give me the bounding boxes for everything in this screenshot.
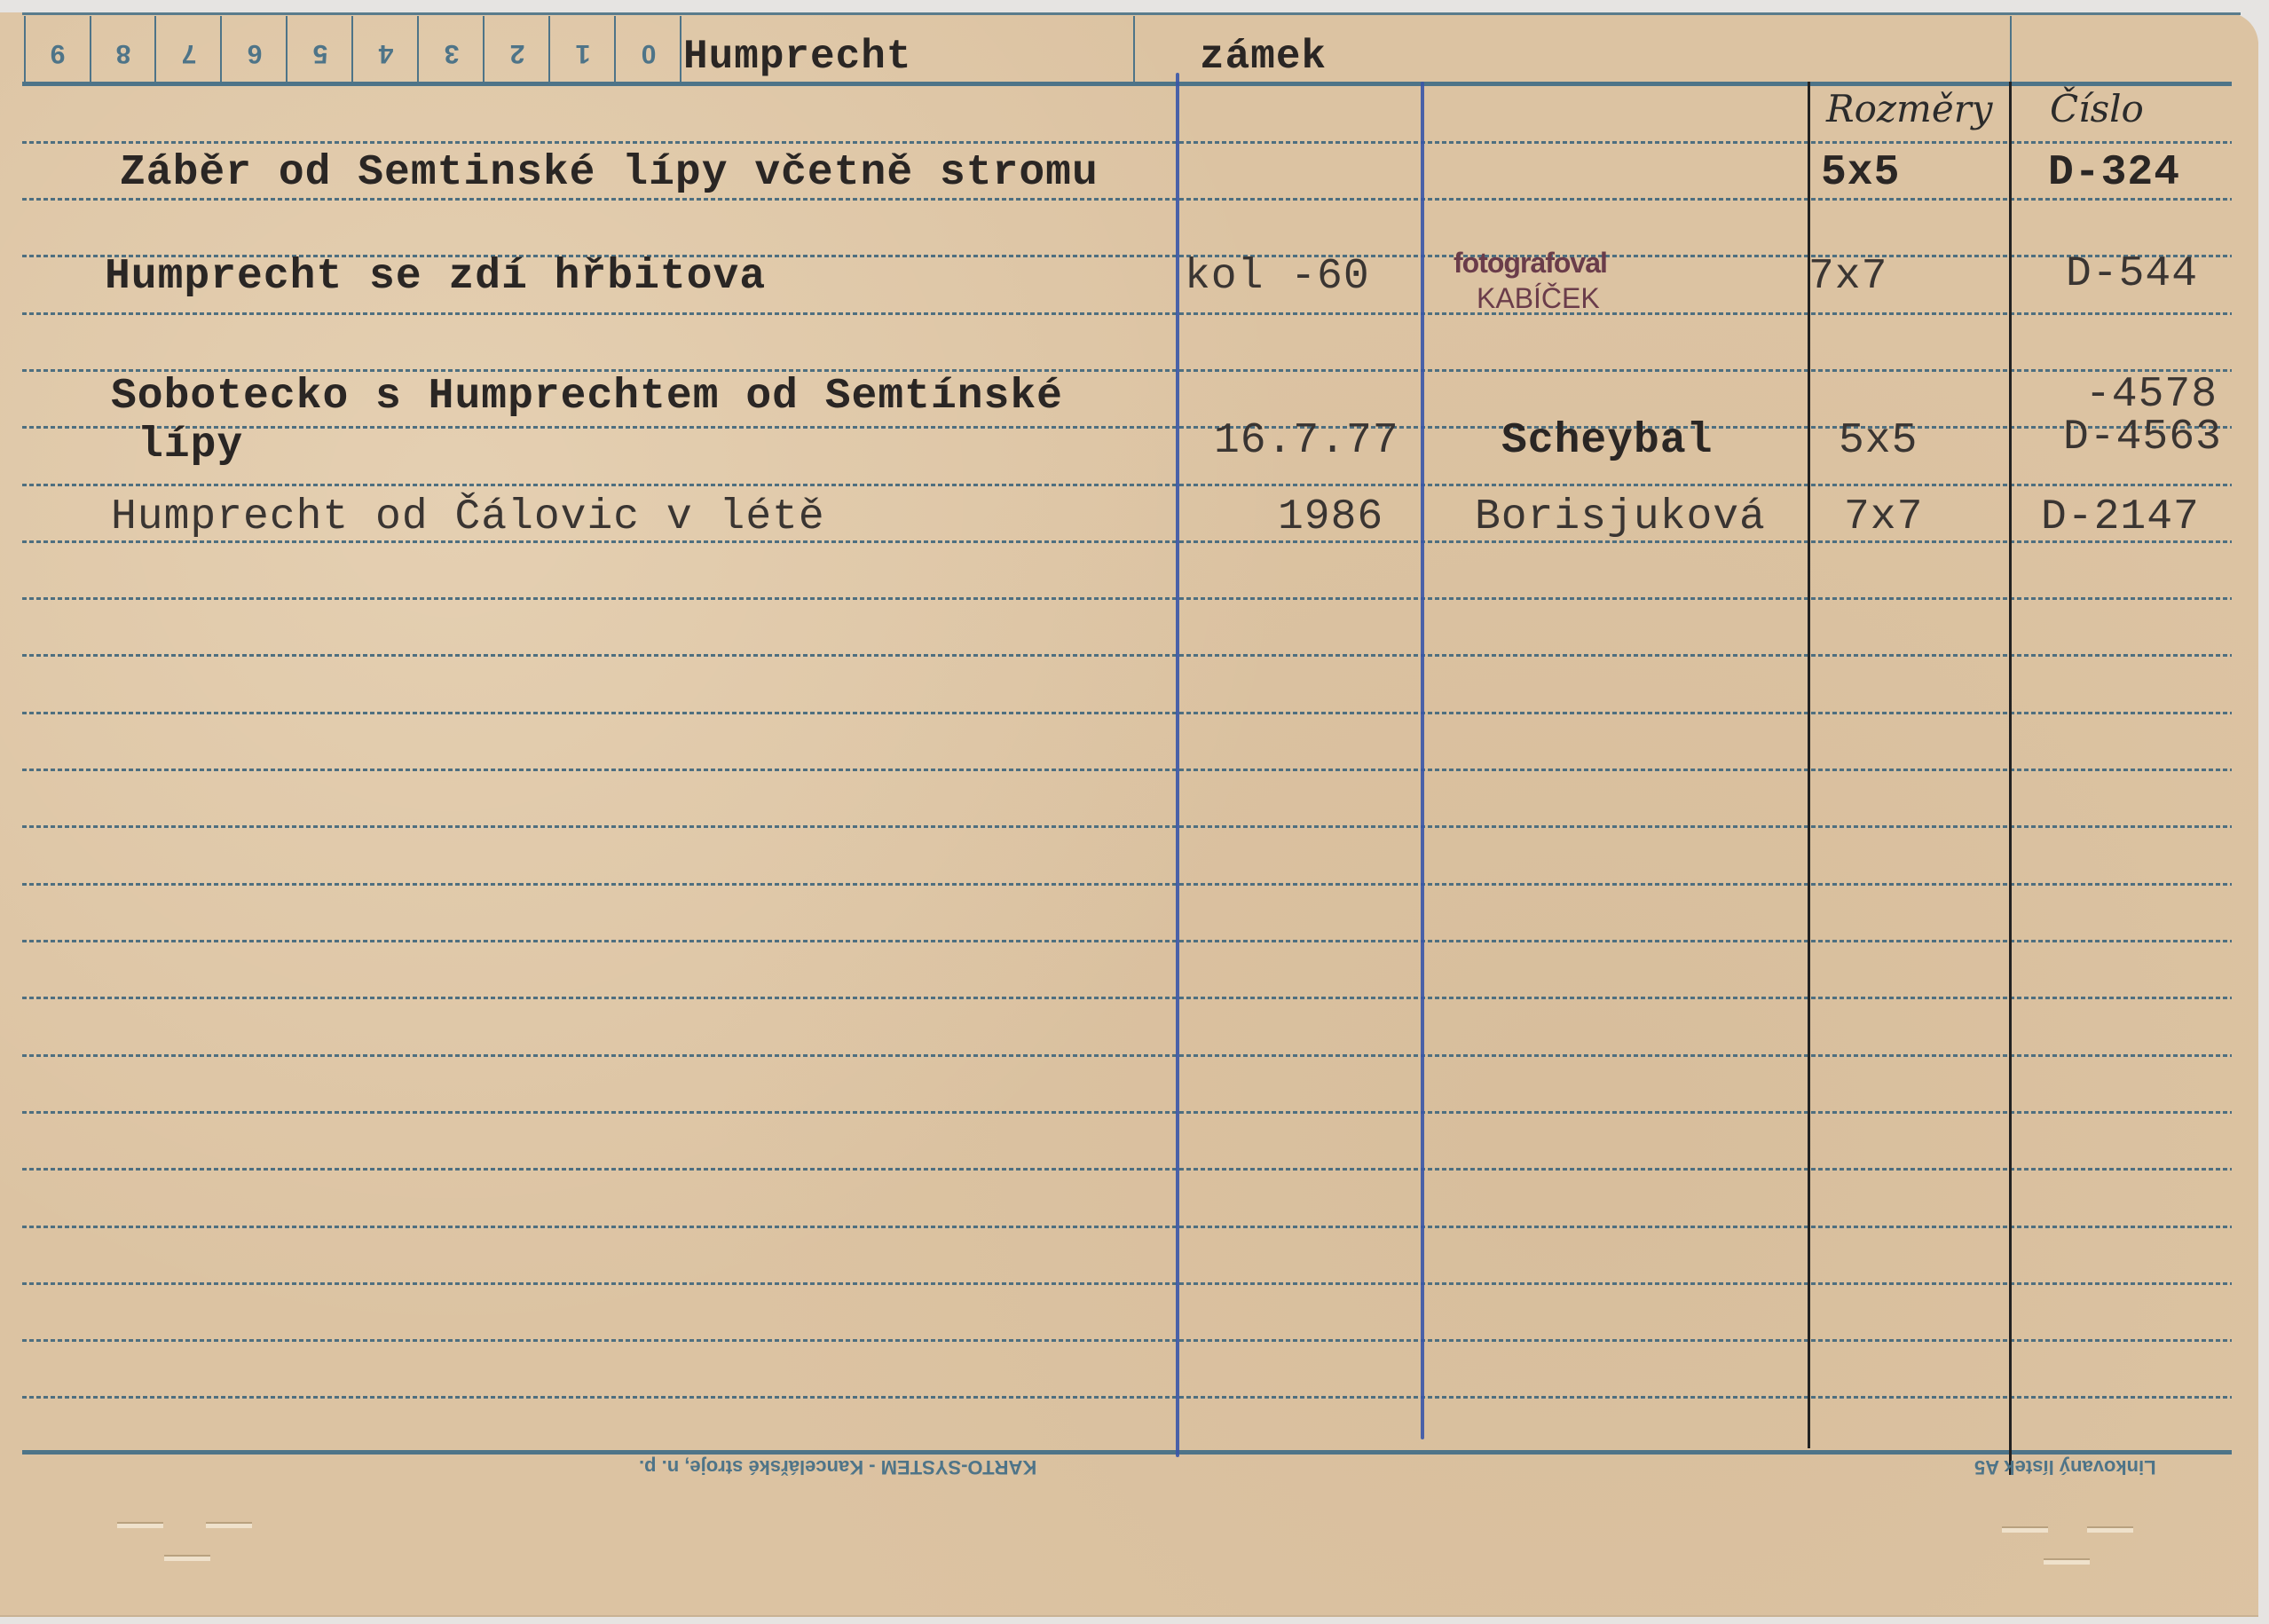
column-header-number: Číslo	[2050, 87, 2144, 130]
ruled-line	[22, 769, 2232, 771]
ruled-line	[22, 1054, 2232, 1057]
ruled-line	[22, 654, 2232, 657]
column-line-photographer	[1421, 82, 1424, 1439]
form-name-imprint: Linkovaný lístek A5	[1974, 1455, 2156, 1478]
ruled-line	[22, 141, 2232, 144]
ruled-line	[22, 198, 2232, 201]
digit-divider	[548, 16, 550, 83]
stamp-line-1: fotografoval	[1454, 247, 1607, 280]
entry-dimensions: 5x5	[1821, 149, 1900, 197]
digit-divider	[483, 16, 485, 83]
publisher-imprint: KARTO-SYSTEM - Kancelářské stroje, n. p.	[639, 1455, 1036, 1478]
entry-dimensions: 5x5	[1839, 417, 1918, 465]
ruled-line	[22, 825, 2232, 828]
notch	[206, 1522, 252, 1528]
entry-dimensions: 7x7	[1844, 493, 1923, 541]
index-digit: 7	[158, 27, 220, 80]
digit-divider	[286, 16, 288, 83]
index-digit: 1	[552, 27, 614, 80]
ruled-line	[22, 1111, 2232, 1114]
notch	[164, 1555, 210, 1561]
notch	[117, 1522, 163, 1528]
ruled-line	[22, 712, 2232, 714]
entry-dimensions: 7x7	[1808, 253, 1887, 301]
digit-divider	[154, 16, 156, 83]
column-line-number	[2009, 82, 2012, 1475]
ruled-line	[22, 997, 2232, 999]
digit-divider	[614, 16, 616, 83]
ruled-line	[22, 1226, 2232, 1228]
entry-date: 16.7.77	[1214, 417, 1399, 465]
entry-date: kol -60	[1185, 253, 1370, 301]
entry-description: Záběr od Semtinské lípy včetně stromu	[120, 149, 1099, 197]
header-divider	[1133, 16, 1135, 83]
digit-divider	[220, 16, 222, 83]
ruled-line	[22, 1339, 2232, 1342]
stamp-line-2: KABÍČEK	[1477, 282, 1600, 315]
ruled-line	[22, 484, 2232, 486]
header-subject: Humprecht	[683, 34, 911, 80]
column-header-dimensions: Rozměry	[1826, 87, 1993, 130]
entry-number: D-4563	[2063, 414, 2222, 461]
bottom-rule	[22, 1450, 2232, 1455]
notch	[2087, 1526, 2133, 1533]
ruled-line	[22, 597, 2232, 600]
entry-date: 1986	[1278, 493, 1383, 541]
index-digit: 3	[421, 27, 483, 80]
index-digit: 6	[224, 27, 286, 80]
entry-number-top: -4578	[2085, 371, 2218, 419]
notch	[2002, 1526, 2048, 1533]
ruled-line	[22, 312, 2232, 315]
index-digit: 5	[289, 27, 351, 80]
header-top-rule	[22, 12, 2241, 15]
ruled-line	[22, 1168, 2232, 1171]
header-divider	[2010, 16, 2012, 83]
entry-photographer: Borisjuková	[1475, 493, 1766, 541]
index-digit: 0	[618, 27, 680, 80]
entry-number: D-324	[2048, 149, 2180, 197]
entry-description-line-2: lípy	[138, 422, 243, 469]
entry-number: D-2147	[2041, 493, 2200, 541]
header-bottom-rule	[22, 82, 2232, 86]
ruled-line	[22, 369, 2232, 372]
header-category: zámek	[1200, 34, 1327, 80]
entry-photographer: Scheybal	[1501, 417, 1713, 465]
index-digit: 4	[355, 27, 417, 80]
digit-divider	[417, 16, 419, 83]
digit-divider	[24, 16, 26, 83]
digit-divider	[351, 16, 353, 83]
ruled-line	[22, 883, 2232, 886]
index-digit: 2	[486, 27, 548, 80]
entry-number: D-544	[2066, 250, 2198, 298]
index-digit: 8	[92, 27, 154, 80]
notch	[2044, 1558, 2090, 1565]
ruled-line	[22, 1282, 2232, 1285]
digit-divider	[680, 16, 681, 83]
entry-description: Humprecht od Čálovic v létě	[111, 493, 825, 541]
ruled-line	[22, 940, 2232, 942]
entry-description-line-1: Sobotecko s Humprechtem od Semtínské	[111, 373, 1063, 421]
entry-description: Humprecht se zdí hřbitova	[105, 253, 766, 301]
digit-divider	[90, 16, 91, 83]
index-digit: 9	[27, 27, 89, 80]
column-line-date	[1176, 73, 1179, 1457]
ruled-line	[22, 1396, 2232, 1399]
